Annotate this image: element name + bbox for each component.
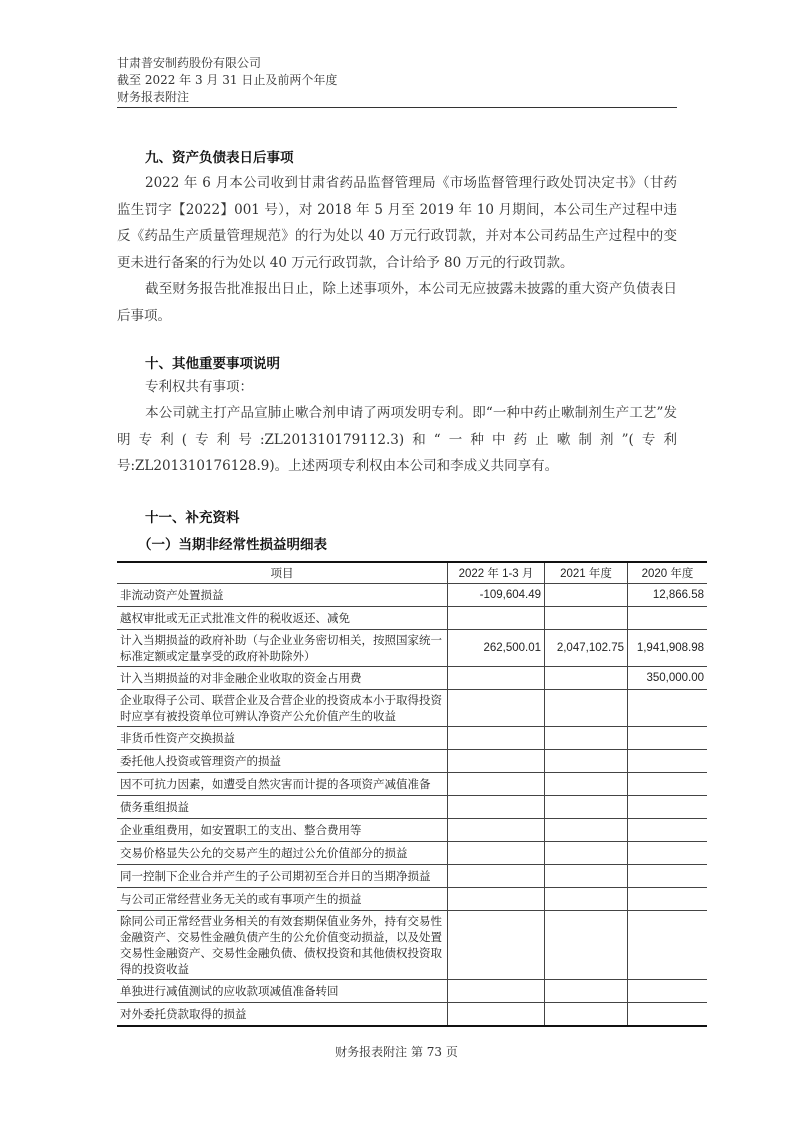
table-row: 计入当期损益的对非金融企业收取的资金占用费 350,000.00 — [117, 667, 707, 690]
document-type: 财务报表附注 — [117, 89, 677, 106]
table-row: 交易价格显失公允的交易产生的超过公允价值部分的损益 — [117, 842, 707, 865]
row-item: 对外委托贷款取得的损益 — [117, 1003, 448, 1027]
value-2021 — [545, 607, 628, 630]
value-2020: 12,866.58 — [628, 584, 708, 607]
running-header: 甘肃普安制药股份有限公司 截至 2022 年 3 月 31 日止及前两个年度 财… — [117, 55, 677, 106]
row-item: 非货币性资产交换损益 — [117, 727, 448, 750]
value-2022-q1 — [448, 888, 545, 911]
section-11-title: 十一、补充资料 — [145, 506, 240, 526]
value-2021 — [545, 1003, 628, 1027]
value-2021 — [545, 819, 628, 842]
value-2020 — [628, 727, 708, 750]
value-2022-q1 — [448, 1003, 545, 1027]
column-header-2022-q1: 2022 年 1-3 月 — [448, 562, 545, 584]
value-2022-q1 — [448, 980, 545, 1003]
value-2020 — [628, 796, 708, 819]
column-header-2021: 2021 年度 — [545, 562, 628, 584]
table-row: 对外委托贷款取得的损益 — [117, 1003, 707, 1027]
table-row: 单独进行减值测试的应收款项减值准备转回 — [117, 980, 707, 1003]
row-item: 计入当期损益的对非金融企业收取的资金占用费 — [117, 667, 448, 690]
row-item: 企业重组费用，如安置职工的支出、整合费用等 — [117, 819, 448, 842]
value-2021 — [545, 750, 628, 773]
row-item: 债务重组损益 — [117, 796, 448, 819]
value-2021 — [545, 980, 628, 1003]
value-2022-q1 — [448, 865, 545, 888]
value-2022-q1 — [448, 727, 545, 750]
table-row: 除同公司正常经营业务相关的有效套期保值业务外，持有交易性金融资产、交易性金融负债… — [117, 911, 707, 980]
value-2020: 1,941,908.98 — [628, 630, 708, 667]
column-header-item: 项目 — [117, 562, 448, 584]
row-item: 除同公司正常经营业务相关的有效套期保值业务外，持有交易性金融资产、交易性金融负债… — [117, 911, 448, 980]
value-2020 — [628, 911, 708, 980]
table-row: 越权审批或无正式批准文件的税收返还、减免 — [117, 607, 707, 630]
value-2021 — [545, 842, 628, 865]
table-row: 因不可抗力因素，如遭受自然灾害而计提的各项资产减值准备 — [117, 773, 707, 796]
value-2020 — [628, 865, 708, 888]
value-2021 — [545, 773, 628, 796]
table-row: 债务重组损益 — [117, 796, 707, 819]
table-row: 企业重组费用，如安置职工的支出、整合费用等 — [117, 819, 707, 842]
table-row: 计入当期损益的政府补助（与企业业务密切相关，按照国家统一标准定额或定量享受的政府… — [117, 630, 707, 667]
value-2020 — [628, 773, 708, 796]
value-2020 — [628, 607, 708, 630]
value-2020 — [628, 980, 708, 1003]
value-2020 — [628, 819, 708, 842]
value-2021 — [545, 727, 628, 750]
section-10-subheading: 专利权共有事项： — [117, 374, 677, 401]
value-2022-q1 — [448, 796, 545, 819]
value-2020 — [628, 690, 708, 727]
value-2022-q1 — [448, 607, 545, 630]
row-item: 因不可抗力因素，如遭受自然灾害而计提的各项资产减值准备 — [117, 773, 448, 796]
value-2021 — [545, 888, 628, 911]
value-2022-q1: 262,500.01 — [448, 630, 545, 667]
non-recurring-gains-losses-table: 项目 2022 年 1-3 月 2021 年度 2020 年度 非流动资产处置损… — [117, 561, 707, 1027]
section-9-para-1-text: 2022 年 6 月本公司收到甘肃省药品监督管理局《市场监督管理行政处罚决定书》… — [117, 175, 677, 271]
value-2021 — [545, 584, 628, 607]
row-item: 交易价格显失公允的交易产生的超过公允价值部分的损益 — [117, 842, 448, 865]
value-2022-q1 — [448, 819, 545, 842]
value-2022-q1 — [448, 911, 545, 980]
section-11-subtitle: （一）当期非经常性损益明细表 — [138, 533, 327, 553]
header-divider — [117, 107, 677, 108]
row-item: 委托他人投资或管理资产的损益 — [117, 750, 448, 773]
section-9-paragraph-2: 截至财务报告批准报出日止，除上述事项外，本公司无应披露未披露的重大资产负债表日后… — [117, 276, 677, 329]
company-name: 甘肃普安制药股份有限公司 — [117, 55, 677, 72]
section-9-paragraph-1: 2022 年 6 月本公司收到甘肃省药品监督管理局《市场监督管理行政处罚决定书》… — [117, 170, 677, 276]
value-2020 — [628, 750, 708, 773]
table-row: 非货币性资产交换损益 — [117, 727, 707, 750]
table-row: 与公司正常经营业务无关的或有事项产生的损益 — [117, 888, 707, 911]
row-item: 单独进行减值测试的应收款项减值准备转回 — [117, 980, 448, 1003]
table-row: 企业取得子公司、联营企业及合营企业的投资成本小于取得投资时应享有被投资单位可辨认… — [117, 690, 707, 727]
value-2020 — [628, 888, 708, 911]
value-2021: 2,047,102.75 — [545, 630, 628, 667]
row-item: 企业取得子公司、联营企业及合营企业的投资成本小于取得投资时应享有被投资单位可辨认… — [117, 690, 448, 727]
table-row: 非流动资产处置损益 -109,604.49 12,866.58 — [117, 584, 707, 607]
value-2022-q1 — [448, 842, 545, 865]
value-2022-q1 — [448, 667, 545, 690]
column-header-2020: 2020 年度 — [628, 562, 708, 584]
row-item: 越权审批或无正式批准文件的税收返还、减免 — [117, 607, 448, 630]
value-2022-q1: -109,604.49 — [448, 584, 545, 607]
value-2021 — [545, 667, 628, 690]
value-2021 — [545, 865, 628, 888]
report-period: 截至 2022 年 3 月 31 日止及前两个年度 — [117, 72, 677, 89]
section-10-subheading-text: 专利权共有事项： — [145, 379, 253, 395]
row-item: 同一控制下企业合并产生的子公司期初至合并日的当期净损益 — [117, 865, 448, 888]
value-2020 — [628, 842, 708, 865]
value-2021 — [545, 911, 628, 980]
value-2020 — [628, 1003, 708, 1027]
row-item: 非流动资产处置损益 — [117, 584, 448, 607]
value-2021 — [545, 796, 628, 819]
table-row: 同一控制下企业合并产生的子公司期初至合并日的当期净损益 — [117, 865, 707, 888]
value-2022-q1 — [448, 773, 545, 796]
value-2021 — [545, 690, 628, 727]
section-9-title: 九、资产负债表日后事项 — [145, 146, 294, 166]
value-2022-q1 — [448, 690, 545, 727]
section-10-paragraph: 本公司就主打产品宣肺止嗽合剂申请了两项发明专利。即“一种中药止嗽制剂生产工艺”发… — [117, 400, 677, 480]
section-10-para-text: 本公司就主打产品宣肺止嗽合剂申请了两项发明专利。即“一种中药止嗽制剂生产工艺”发… — [117, 405, 677, 474]
table-row: 委托他人投资或管理资产的损益 — [117, 750, 707, 773]
value-2022-q1 — [448, 750, 545, 773]
section-10-title: 十、其他重要事项说明 — [145, 352, 280, 372]
row-item: 计入当期损益的政府补助（与企业业务密切相关，按照国家统一标准定额或定量享受的政府… — [117, 630, 448, 667]
table-header-row: 项目 2022 年 1-3 月 2021 年度 2020 年度 — [117, 562, 707, 584]
row-item: 与公司正常经营业务无关的或有事项产生的损益 — [117, 888, 448, 911]
page-footer: 财务报表附注 第 73 页 — [0, 1043, 793, 1060]
value-2020: 350,000.00 — [628, 667, 708, 690]
section-9-para-2-text: 截至财务报告批准报出日止，除上述事项外，本公司无应披露未披露的重大资产负债表日后… — [117, 281, 677, 324]
